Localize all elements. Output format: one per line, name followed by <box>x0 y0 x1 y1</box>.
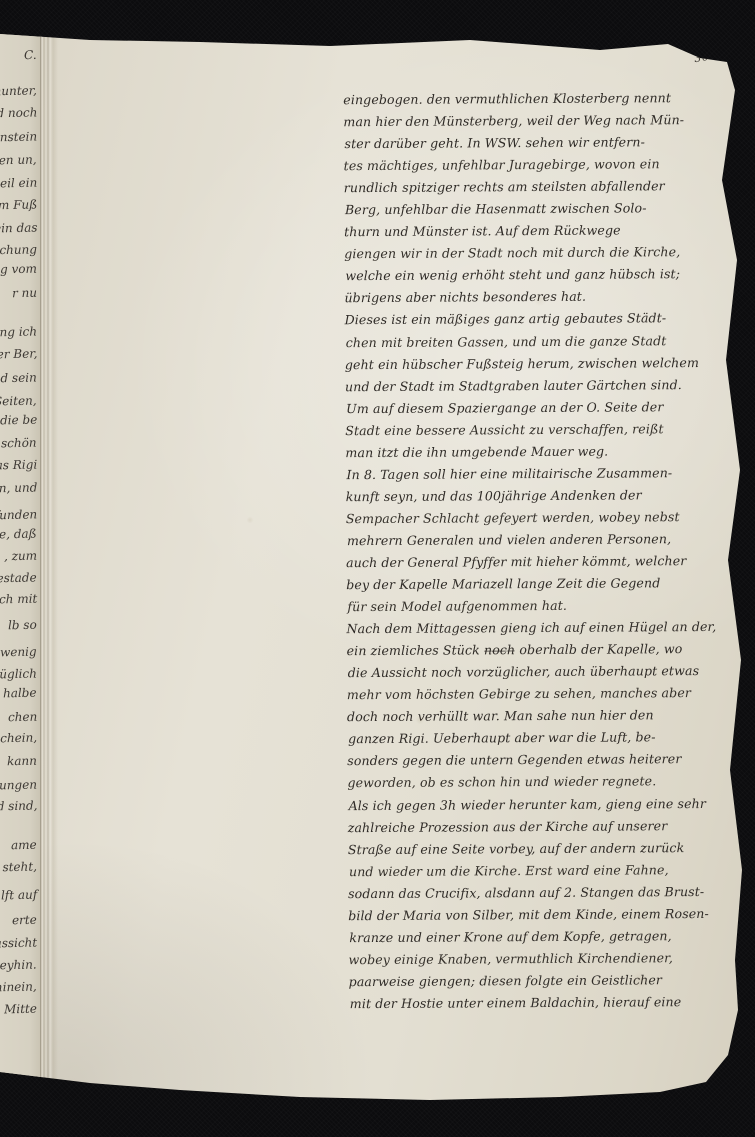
previous-page-line-fragment: züglich <box>0 667 37 682</box>
manuscript-line: Um auf diesem Spaziergange an der O. Sei… <box>346 395 734 419</box>
manuscript-text: eingebogen. den vermuthlichen Klosterber… <box>343 87 737 1015</box>
previous-page-line-fragment: ungen <box>0 778 37 793</box>
manuscript-line: kunft seyn, und das 100jährige Andenken … <box>346 484 734 508</box>
previous-page-line-fragment: schön <box>1 436 37 451</box>
previous-page-line-fragment: Gestade <box>0 570 37 585</box>
previous-page-line-fragment: und sein <box>0 370 37 385</box>
manuscript-line: giengen wir in der Stadt noch mit durch … <box>344 241 732 265</box>
manuscript-line: man itzt die ihn umgebende Mauer weg. <box>345 440 733 464</box>
manuscript-line: ganzen Rigi. Ueberhaupt aber war die Luf… <box>348 726 736 750</box>
previous-page-line-fragment: lb so <box>8 618 37 633</box>
manuscript-line: auch der General Pfyffer mit hieher kömm… <box>346 550 734 574</box>
manuscript-line: In 8. Tagen soll hier eine militairische… <box>346 462 734 486</box>
previous-page-line-fragment: e, daß <box>0 527 37 542</box>
manuscript-line: welche ein wenig erhöht steht und ganz h… <box>345 263 733 287</box>
manuscript-line: sonders gegen die untern Gegenden etwas … <box>347 748 735 772</box>
previous-page-line-fragment: Mitte <box>4 1002 37 1017</box>
previous-page-line-fragment: und noch <box>0 105 37 120</box>
previous-page-line-fragment: g vom <box>0 262 37 277</box>
previous-page-line-fragment: die be <box>0 413 37 428</box>
previous-page-line-fragment: schein, <box>0 731 37 746</box>
manuscript-line: chen mit breiten Gassen, und um die ganz… <box>346 329 734 353</box>
previous-page-line-fragment: ein das <box>0 221 37 236</box>
manuscript-line: doch noch verhüllt war. Man sahe nun hie… <box>347 704 735 728</box>
previous-page-line-fragment: tem Fuß <box>0 197 37 212</box>
previous-page-line-fragment: ussicht <box>0 936 37 951</box>
previous-page-edge: C.hinunter,und nochllensteinnen un,eil e… <box>0 30 42 1093</box>
manuscript-line: thurn und Münster ist. Auf dem Rückwege <box>344 219 732 243</box>
manuscript-line: geht ein hübscher Fußsteig herum, zwisch… <box>345 351 733 375</box>
manuscript-line: mehrern Generalen und vielen anderen Per… <box>347 528 735 552</box>
previous-page-line-fragment: ll steht, <box>0 860 37 875</box>
manuscript-line: für sein Model aufgenommen hat. <box>347 594 735 618</box>
previous-page-line-fragment: ch mit <box>0 592 37 607</box>
manuscript-page: C.hinunter,und nochllensteinnen un,eil e… <box>0 0 755 1137</box>
manuscript-line: Straße auf eine Seite vorbey, auf der an… <box>348 836 736 860</box>
previous-page-line-fragment: nd sind, <box>0 798 37 813</box>
page-gutter-edges <box>40 28 64 1097</box>
previous-page-line-fragment: nen un, <box>0 153 37 168</box>
manuscript-line: Berg, unfehlbar die Hasenmatt zwischen S… <box>345 197 733 221</box>
previous-page-line-fragment: der Ber, <box>0 346 37 361</box>
manuscript-line: mehr vom höchsten Gebirge zu sehen, manc… <box>347 682 735 706</box>
previous-page-line-fragment: kann <box>7 754 37 769</box>
previous-page-line-fragment: ging ich <box>0 324 37 339</box>
previous-page-line-fragment: r nu <box>12 286 37 301</box>
previous-page-line-fragment: gefunden <box>0 507 37 522</box>
previous-page-line-fragment: Seiten, <box>0 394 37 409</box>
manuscript-line: geworden, ob es schon hin und wieder reg… <box>347 770 735 794</box>
manuscript-line: zahlreiche Prozession aus der Kirche auf… <box>348 814 736 838</box>
previous-page-line-fragment: lft auf <box>1 888 38 903</box>
manuscript-line: ster darüber geht. In WSW. sehen wir ent… <box>344 131 732 155</box>
manuscript-line: ein ziemliches Stück n̶o̶c̶h̶ oberhalb d… <box>347 638 735 662</box>
previous-page-line-fragment: e hinein, <box>0 979 37 994</box>
previous-page-line-fragment: C. <box>24 48 37 62</box>
previous-page-line-fragment: nen, und <box>0 480 37 495</box>
manuscript-line: und wieder um die Kirche. Erst ward eine… <box>349 858 737 882</box>
manuscript-line: Nach dem Mittagessen gieng ich auf einen… <box>346 616 734 640</box>
page-number: 300. <box>693 48 721 65</box>
manuscript-line: bild der Maria von Silber, mit dem Kinde… <box>348 903 736 927</box>
manuscript-line: wobey einige Knaben, vermuthlich Kirchen… <box>348 947 736 971</box>
previous-page-line-fragment: chen <box>8 710 38 725</box>
manuscript-line: Sempacher Schlacht gefeyert werden, wobe… <box>346 506 734 530</box>
previous-page-line-fragment: wenig <box>0 645 37 660</box>
previous-page-line-fragment: erte <box>12 913 37 928</box>
manuscript-line: Stadt eine bessere Aussicht zu verschaff… <box>345 418 733 442</box>
manuscript-line: und der Stadt im Stadtgraben lauter Gärt… <box>345 373 733 397</box>
manuscript-line: man hier den Münsterberg, weil der Weg n… <box>343 109 731 133</box>
previous-page-line-fragment: eil ein <box>0 176 37 191</box>
manuscript-line: tes mächtiges, unfehlbar Juragebirge, wo… <box>344 153 732 177</box>
manuscript-line: kranze und einer Krone auf dem Kopfe, ge… <box>349 925 737 949</box>
previous-page-line-fragment: hinunter, <box>0 83 37 98</box>
manuscript-line: paarweise giengen; diesen folgte ein Gei… <box>349 969 737 993</box>
manuscript-line: eingebogen. den vermuthlichen Klosterber… <box>343 87 731 111</box>
manuscript-line: rundlich spitziger rechts am steilsten a… <box>344 175 732 199</box>
manuscript-line: Als ich gegen 3h wieder herunter kam, gi… <box>348 792 736 816</box>
manuscript-line: bey der Kapelle Mariazell lange Zeit die… <box>346 572 734 596</box>
previous-page-line-fragment: beyhin. <box>0 958 37 973</box>
manuscript-line: die Aussicht noch vorzüglicher, auch übe… <box>348 660 736 684</box>
previous-page-line-fragment: halbe <box>3 686 37 701</box>
previous-page-line-fragment: das Rigi <box>0 457 37 472</box>
manuscript-line: mit der Hostie unter einem Baldachin, hi… <box>350 991 738 1015</box>
previous-page-line-fragment: ame <box>11 838 37 853</box>
previous-page-line-fragment: mischung <box>0 242 37 257</box>
previous-page-line-fragment: , zum <box>4 549 37 564</box>
previous-page-line-fragment: llenstein <box>0 129 37 144</box>
manuscript-line: übrigens aber nichts besonderes hat. <box>344 285 732 309</box>
manuscript-line: sodann das Crucifix, alsdann auf 2. Stan… <box>348 880 736 904</box>
manuscript-line: Dieses ist ein mäßiges ganz artig gebaut… <box>345 307 733 331</box>
